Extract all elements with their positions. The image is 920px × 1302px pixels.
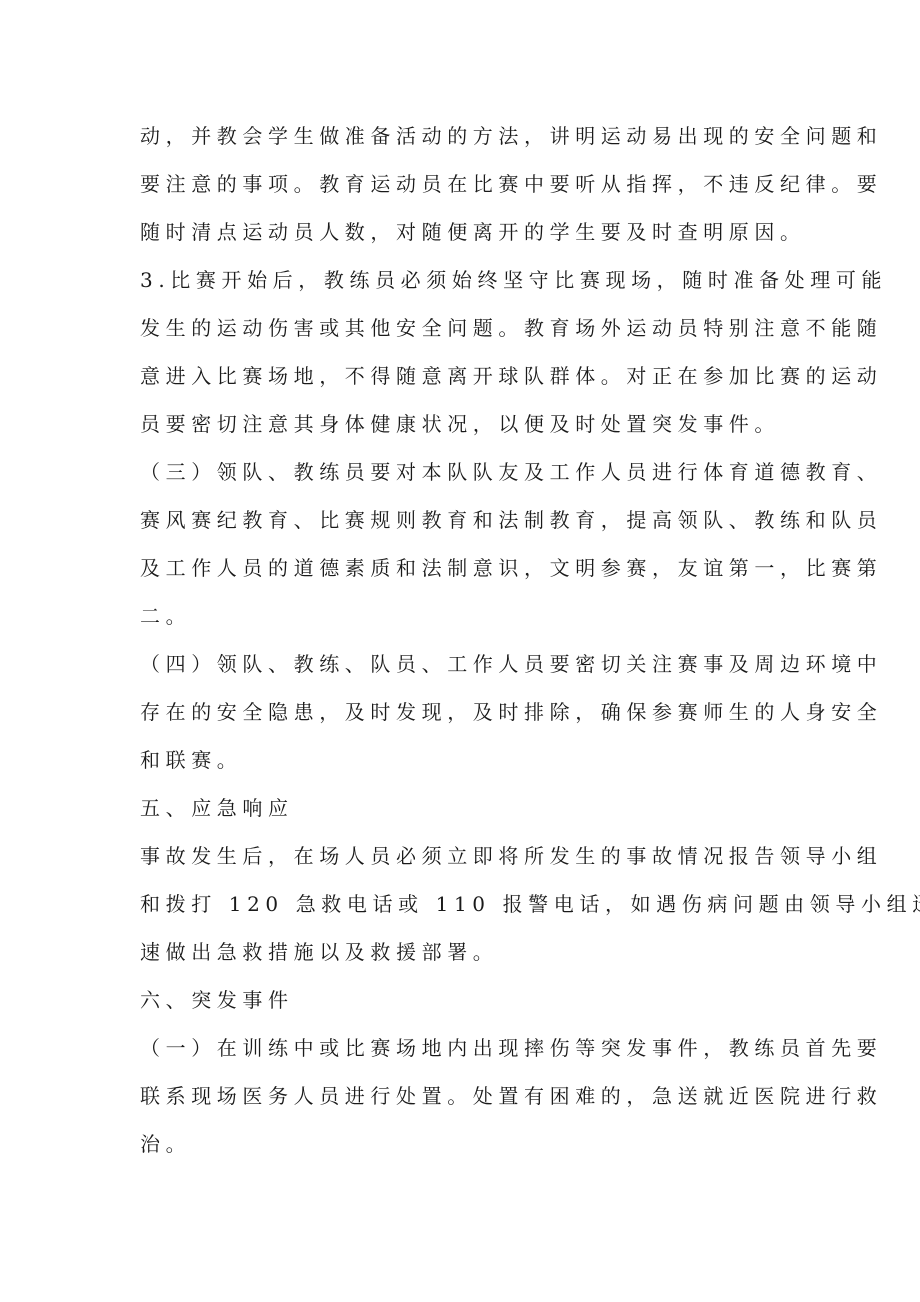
text-line: （三）领队、教练员要对本队队友及工作人员进行体育道德教育、 <box>140 448 770 496</box>
text-line: 发生的运动伤害或其他安全问题。教育场外运动员特别注意不能随 <box>140 304 770 352</box>
text-line: 和拨打 120 急救电话或 110 报警电话，如遇伤病问题由领导小组迅 <box>140 880 770 928</box>
text-line: 事故发生后，在场人员必须立即将所发生的事故情况报告领导小组 <box>140 832 770 880</box>
text-line: 速做出急救措施以及救援部署。 <box>140 928 770 976</box>
text-line: （四）领队、教练、队员、工作人员要密切关注赛事及周边环境中 <box>140 640 770 688</box>
text-line: 二。 <box>140 592 770 640</box>
text-line: 联系现场医务人员进行处置。处置有困难的，急送就近医院进行救 <box>140 1072 770 1120</box>
text-line: 随时清点运动员人数，对随便离开的学生要及时查明原因。 <box>140 208 770 256</box>
text-line: 动，并教会学生做准备活动的方法，讲明运动易出现的安全问题和 <box>140 112 770 160</box>
document-page: 动，并教会学生做准备活动的方法，讲明运动易出现的安全问题和 要注意的事项。教育运… <box>140 112 770 1168</box>
section-heading: 六、突发事件 <box>140 976 770 1024</box>
text-line: （一）在训练中或比赛场地内出现摔伤等突发事件，教练员首先要 <box>140 1024 770 1072</box>
text-line: 员要密切注意其身体健康状况，以便及时处置突发事件。 <box>140 400 770 448</box>
text-line: 赛风赛纪教育、比赛规则教育和法制教育，提高领队、教练和队员 <box>140 496 770 544</box>
text-line: 治。 <box>140 1120 770 1168</box>
text-line: 3.比赛开始后，教练员必须始终坚守比赛现场，随时准备处理可能 <box>140 256 770 304</box>
section-heading: 五、应急响应 <box>140 784 770 832</box>
text-line: 及工作人员的道德素质和法制意识，文明参赛，友谊第一，比赛第 <box>140 544 770 592</box>
text-line: 存在的安全隐患，及时发现，及时排除，确保参赛师生的人身安全 <box>140 688 770 736</box>
text-line: 意进入比赛场地，不得随意离开球队群体。对正在参加比赛的运动 <box>140 352 770 400</box>
text-line: 和联赛。 <box>140 736 770 784</box>
text-line: 要注意的事项。教育运动员在比赛中要听从指挥，不违反纪律。要 <box>140 160 770 208</box>
